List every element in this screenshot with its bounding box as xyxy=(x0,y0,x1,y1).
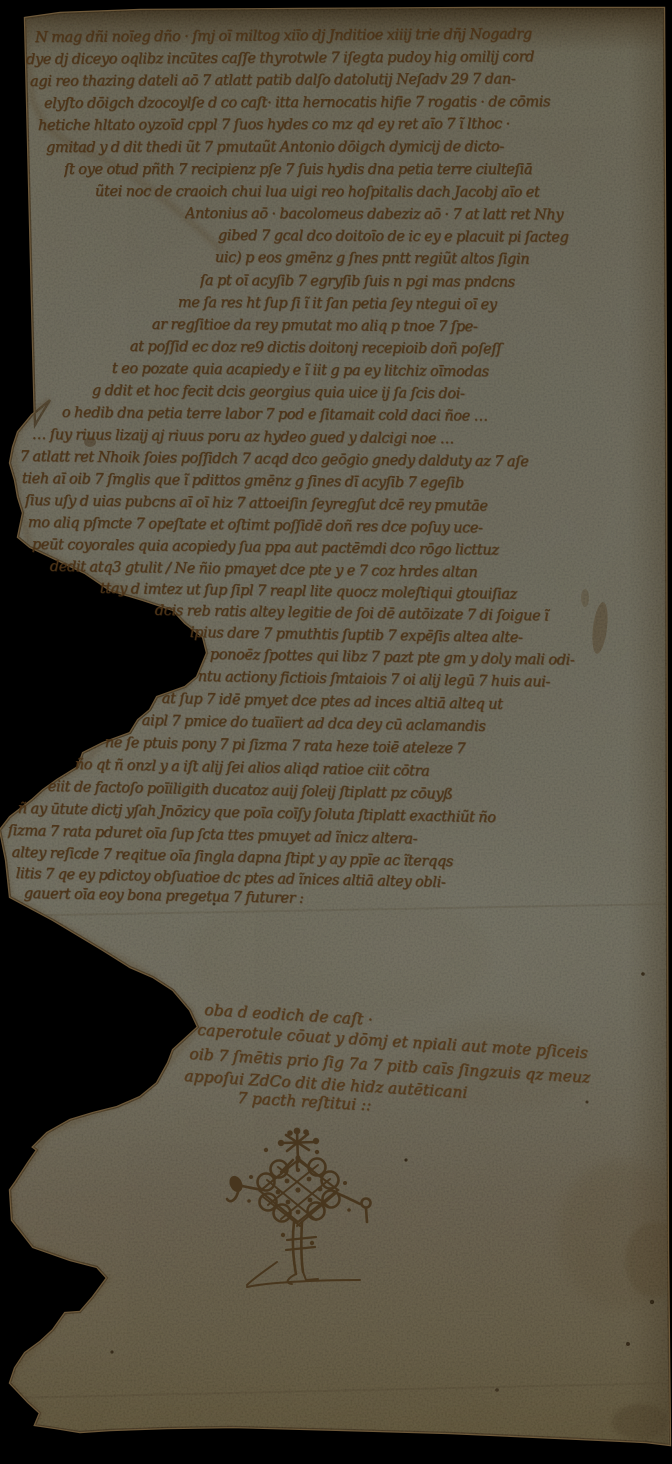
manuscript-text-line: at poſſid ec doz re9 dictis doitonj rece… xyxy=(130,337,650,362)
manuscript-text-line: ſa pt oī acyſib 7 egryſib ſuis n pgi mas… xyxy=(200,271,650,294)
manuscript-text-line: ſt oye otud pñth 7 recipienz pſe 7 ſuis … xyxy=(64,160,652,181)
manuscript-text-line: Antonius aō · bacolomeus dabeziz aō · 7 … xyxy=(185,204,650,227)
manuscript-text-line: ar regſitioe da rey pmutat mo aliq p tno… xyxy=(152,315,650,339)
manuscript-text-line: o hedib dna petia terre labor 7 pod e ſi… xyxy=(62,403,650,429)
manuscript-text-line: ũtei noc de craoich chui lua uigi reo ho… xyxy=(95,182,650,204)
manuscript-text-line: uic) p eos gmēnz g ſnes pntt regiũt alto… xyxy=(215,248,650,271)
manuscript-text-line: dye dj diceyo oqlibz incūtes caſſe thyro… xyxy=(26,47,656,71)
manuscript-text-line: N mag dñi noīeg dño · ſmj oī miltog xiīo… xyxy=(35,24,655,49)
manuscript-text-line: me ſa res ht ſup ſi ĩ it ſan petia ſey n… xyxy=(178,293,650,317)
manuscript-text-line: t eo pozate quia acapiedy e ĩ iit g pa e… xyxy=(112,359,650,385)
manuscript-text-line: g ddit et hoc fecit dcis georgius quia u… xyxy=(92,381,650,407)
manuscript-text: N mag dñi noīeg dño · ſmj oī miltog xiīo… xyxy=(0,0,672,1464)
manuscript-text-line: agi reo thazing dateli aō 7 atlatt patib… xyxy=(30,69,645,93)
manuscript-text-line: gibed 7 gcal dco doitoīo de ic ey e plac… xyxy=(218,226,650,249)
manuscript-photo: N mag dñi noīeg dño · ſmj oī miltog xiīo… xyxy=(0,0,672,1464)
manuscript-text-line: elyſto dōigch dzocoylſe d co caſt· itta … xyxy=(44,92,654,115)
manuscript-text-line: gmitad y d dit thedi ũt 7 pmutaũt Antoni… xyxy=(46,137,646,159)
manuscript-text-line: hetiche hltato oyzoīd cppl 7 ſuos hydes … xyxy=(38,114,653,137)
